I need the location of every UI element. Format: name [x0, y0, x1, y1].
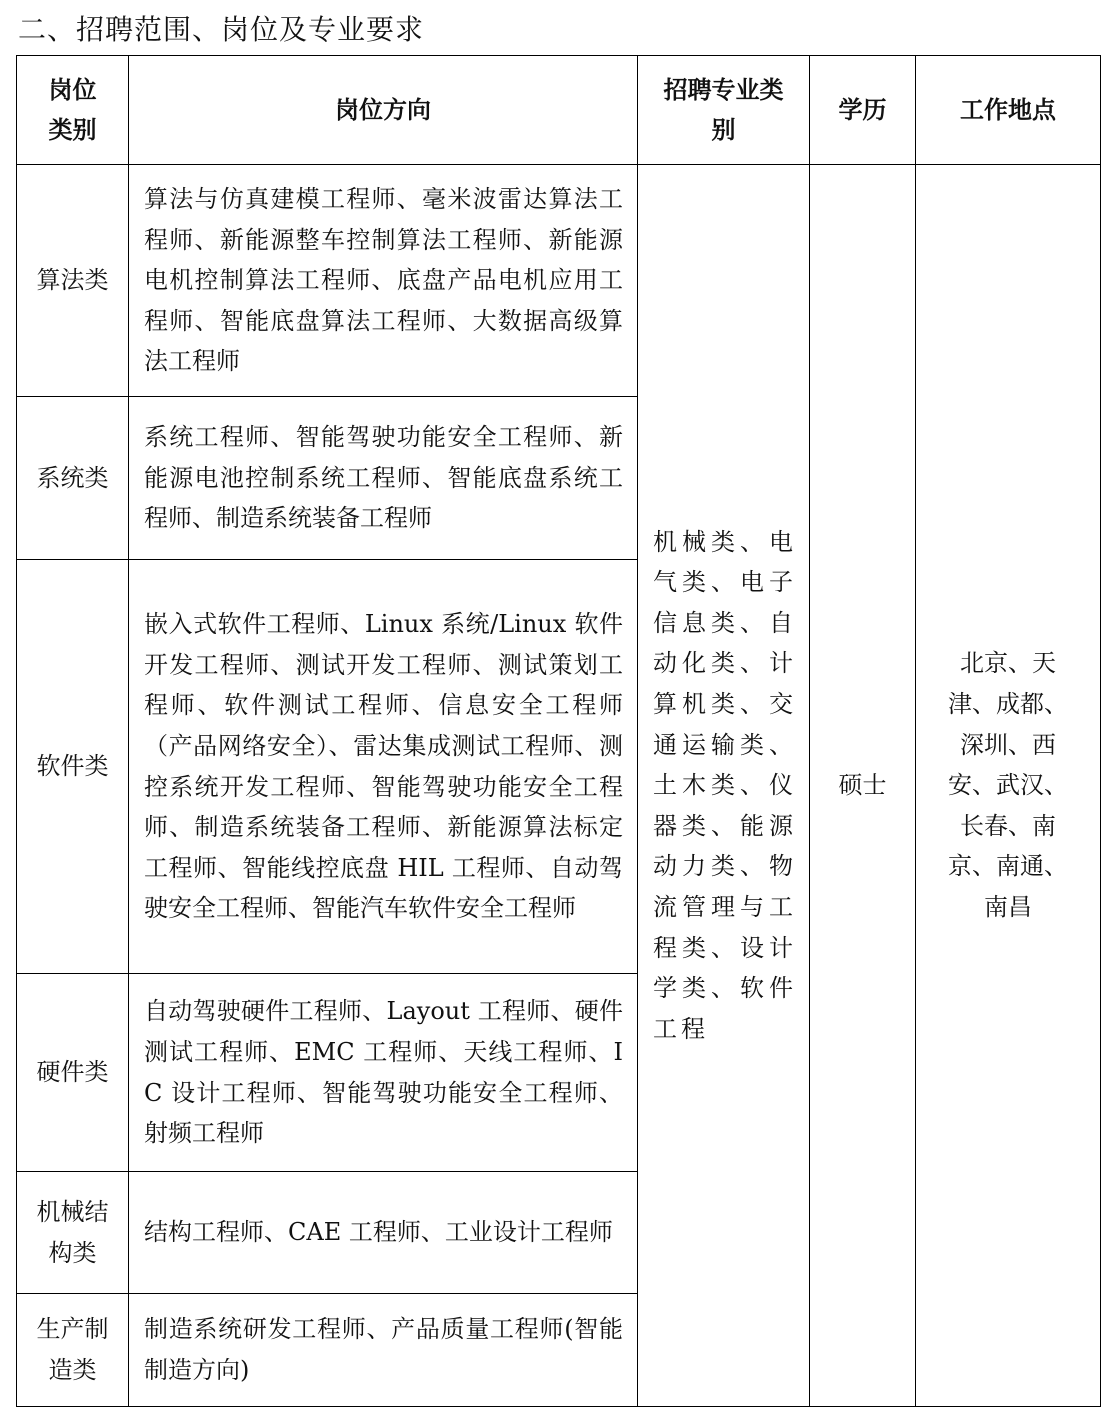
direction-cell: 算法与仿真建模工程师、毫米波雷达算法工程师、新能源整车控制算法工程师、新能源电机…	[129, 165, 638, 397]
header-row: 岗位 类别 岗位方向 招聘专业类 别 学历 工作地点	[17, 56, 1101, 165]
direction-cell: 嵌入式软件工程师、Linux 系统/Linux 软件开发工程师、测试开发工程师、…	[129, 560, 638, 974]
category-line2: 构类	[17, 1233, 128, 1274]
header-education: 学历	[810, 56, 916, 165]
category-line2: 造类	[17, 1350, 128, 1391]
education-cell: 硕士	[810, 165, 916, 1407]
direction-cell: 系统工程师、智能驾驶功能安全工程师、新能源电池控制系统工程师、智能底盘系统工程师…	[129, 397, 638, 560]
header-category-line2: 类别	[17, 110, 128, 150]
category-line1: 生产制	[17, 1309, 128, 1350]
header-location: 工作地点	[916, 56, 1101, 165]
header-major: 招聘专业类 别	[638, 56, 810, 165]
section-heading: 二、招聘范围、岗位及专业要求	[18, 8, 424, 48]
direction-cell: 自动驾驶硬件工程师、Layout 工程师、硬件测试工程师、EMC 工程师、天线工…	[129, 974, 638, 1172]
category-cell: 机械结 构类	[17, 1172, 129, 1294]
header-major-line2: 别	[638, 110, 809, 150]
category-cell: 系统类	[17, 397, 129, 560]
category-cell: 算法类	[17, 165, 129, 397]
category-cell: 硬件类	[17, 974, 129, 1172]
direction-cell: 结构工程师、CAE 工程师、工业设计工程师	[129, 1172, 638, 1294]
header-category-line1: 岗位	[17, 70, 128, 110]
recruitment-table: 岗位 类别 岗位方向 招聘专业类 别 学历 工作地点 算法类 算法与仿真建模工程…	[16, 55, 1101, 1407]
header-major-line1: 招聘专业类	[638, 70, 809, 110]
category-line1: 机械结	[17, 1192, 128, 1233]
location-cell: 北京、天津、成都、深圳、西安、武汉、长春、南京、南通、南昌	[916, 165, 1101, 1407]
header-category: 岗位 类别	[17, 56, 129, 165]
table-row: 算法类 算法与仿真建模工程师、毫米波雷达算法工程师、新能源整车控制算法工程师、新…	[17, 165, 1101, 397]
direction-cell: 制造系统研发工程师、产品质量工程师(智能制造方向)	[129, 1294, 638, 1407]
category-cell: 软件类	[17, 560, 129, 974]
major-cell: 机械类、电气类、电子信息类、自动化类、计算机类、交通运输类、土木类、仪器类、能源…	[638, 165, 810, 1407]
category-cell: 生产制 造类	[17, 1294, 129, 1407]
header-direction: 岗位方向	[129, 56, 638, 165]
